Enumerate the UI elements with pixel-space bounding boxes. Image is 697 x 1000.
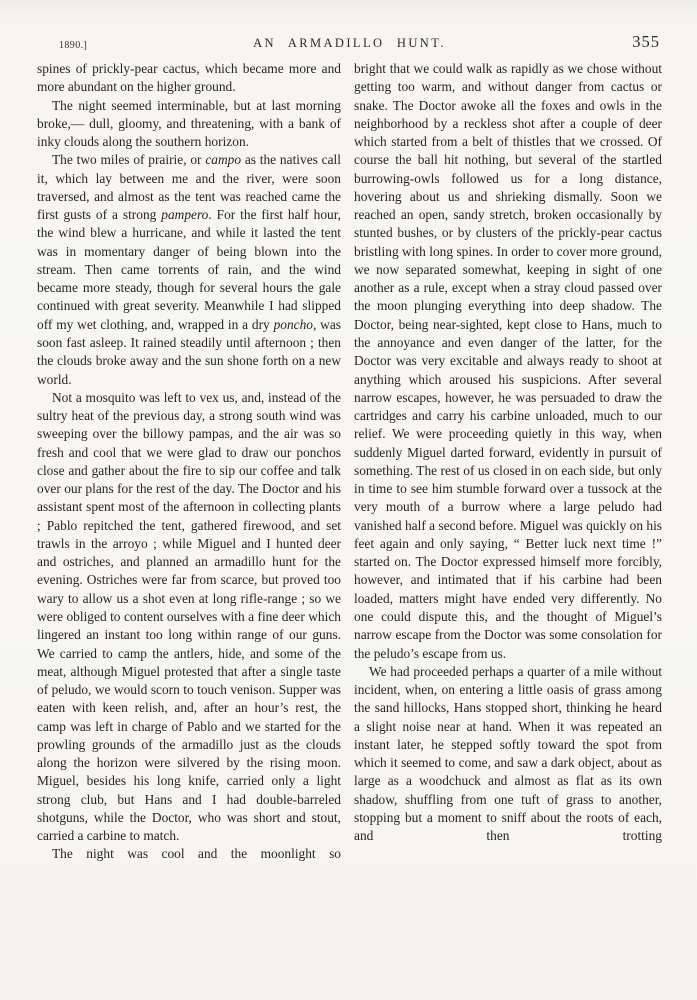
paragraph: spines of prickly-pear cactus, which bec… [37, 60, 341, 97]
text-columns: spines of prickly-pear cactus, which bec… [37, 60, 662, 864]
right-column: bright that we could walk as rapidly as … [354, 60, 662, 864]
running-title: AN ARMADILLO HUNT. [37, 36, 662, 51]
left-column: spines of prickly-pear cactus, which bec… [37, 60, 341, 864]
paragraph: The two miles of prairie, or campo as th… [37, 151, 341, 388]
paragraph: We had proceeded perhaps a quarter of a … [354, 663, 662, 846]
paragraph: The night seemed interminable, but at la… [37, 97, 341, 152]
paragraph: Not a mosquito was left to vex us, and, … [37, 389, 341, 846]
book-page: 1890.] AN ARMADILLO HUNT. 355 spines of … [0, 0, 697, 1000]
page-number: 355 [632, 32, 660, 52]
paragraph: bright that we could walk as rapidly as … [354, 60, 662, 663]
running-header: 1890.] AN ARMADILLO HUNT. 355 [37, 34, 662, 56]
paragraph: The night was cool and the moonlight so [37, 845, 341, 863]
